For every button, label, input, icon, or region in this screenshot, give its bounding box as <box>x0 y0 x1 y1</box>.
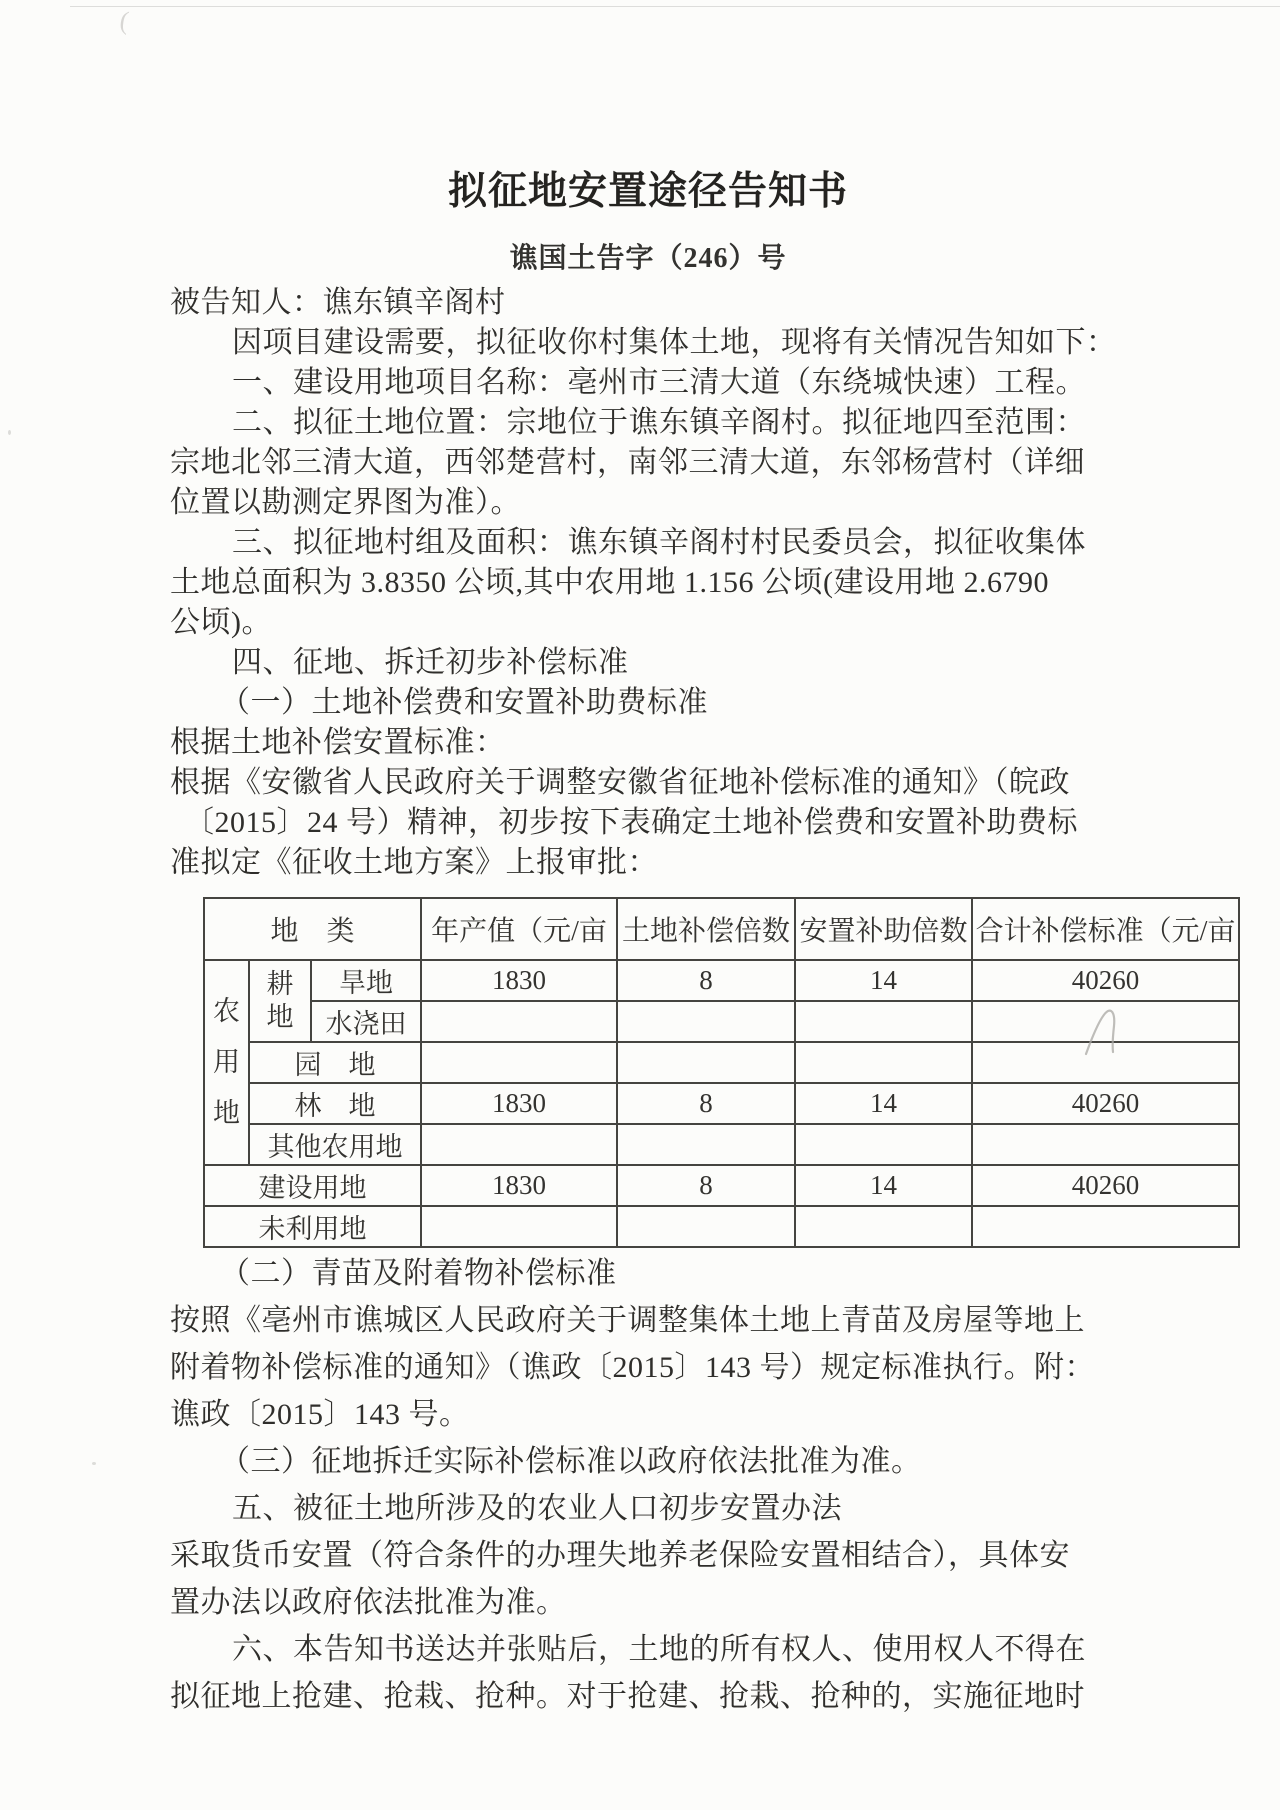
subgroup-label-cultivated: 耕地 <box>249 960 311 1042</box>
table-cell: 8 <box>617 1165 795 1206</box>
table-cell: 8 <box>617 960 795 1001</box>
item6-cont-line: 拟征地上抢建、抢栽、抢种。对于抢建、抢栽、抢种的，实施征地时 <box>170 1673 1130 1720</box>
row-label: 林 地 <box>249 1083 421 1124</box>
table-cell: 14 <box>795 960 972 1001</box>
item5-cont-line: 置办法以政府依法批准为准。 <box>170 1579 1130 1626</box>
header-land-class: 地 类 <box>204 898 421 960</box>
table-cell: 40260 <box>972 1083 1239 1124</box>
item3-cont-line: 公顷)。 <box>170 603 1110 643</box>
table-cell <box>795 1124 972 1165</box>
scan-speck <box>92 1462 96 1465</box>
table-cell: 40260 <box>972 1165 1239 1206</box>
table-cell: 40260 <box>972 960 1239 1001</box>
item5-line: 五、被征土地所涉及的农业人口初步安置办法 <box>170 1485 1130 1532</box>
notice-ref-cont-line: 准拟定《征收土地方案》上报审批： <box>170 843 1110 883</box>
document-number: 谯国土告字（246）号 <box>18 236 1278 276</box>
group-label-agricultural: 农用地 <box>204 960 249 1165</box>
table-cell: 1830 <box>421 1083 617 1124</box>
item5-cont-line: 采取货币安置（符合条件的办理失地养老保险安置相结合），具体安 <box>170 1532 1130 1579</box>
table-cell <box>421 1001 617 1042</box>
document-title: 拟征地安置途径告知书 <box>18 160 1278 216</box>
item1-line: 一、建设用地项目名称：亳州市三清大道（东绕城快速）工程。 <box>170 363 1110 403</box>
item2-line: 二、拟征土地位置：宗地位于谯东镇辛阁村。拟征地四至范围： <box>170 403 1110 443</box>
row-label: 建设用地 <box>204 1165 421 1206</box>
item4-2-cont-line: 附着物补偿标准的通知》（谯政〔2015〕143 号）规定标准执行。附： <box>170 1344 1130 1391</box>
item4-2-cont-line: 谯政〔2015〕143 号。 <box>170 1391 1130 1438</box>
item2-cont-line: 宗地北邻三清大道，西邻楚营村，南邻三清大道，东邻杨营村（详细 <box>170 443 1110 483</box>
table-cell <box>795 1042 972 1083</box>
item3-cont-line: 土地总面积为 3.8350 公顷,其中农用地 1.156 公顷(建设用地 2.6… <box>170 563 1110 603</box>
table-cell: 1830 <box>421 960 617 1001</box>
table-cell: 14 <box>795 1165 972 1206</box>
row-label: 旱地 <box>311 960 421 1001</box>
stray-pen-mark: ( <box>118 6 131 37</box>
table-cell: 14 <box>795 1083 972 1124</box>
header-total-standard: 合计补偿标准（元/亩 <box>972 898 1239 960</box>
notice-ref-cont-line: 〔2015〕24 号）精神，初步按下表确定土地补偿费和安置补助费标 <box>170 803 1110 843</box>
table-cell: 1830 <box>421 1165 617 1206</box>
item6-line: 六、本告知书送达并张贴后，土地的所有权人、使用权人不得在 <box>170 1626 1130 1673</box>
body-text-lower: （二）青苗及附着物补偿标准 按照《亳州市谯城区人民政府关于调整集体土地上青苗及房… <box>170 1250 1130 1720</box>
item2-cont-line: 位置以勘测定界图为准）。 <box>170 483 1110 523</box>
compensation-standards-table: 地 类 年产值（元/亩 土地补偿倍数 安置补助倍数 合计补偿标准（元/亩 农用地… <box>203 897 1240 1248</box>
handwritten-pen-mark <box>1082 1002 1130 1064</box>
table-cell <box>617 1001 795 1042</box>
table-cell <box>421 1206 617 1247</box>
notice-ref-line: 根据《安徽省人民政府关于调整安徽省征地补偿标准的通知》（皖政 <box>170 763 1110 803</box>
row-label: 园 地 <box>249 1042 421 1083</box>
item4-3-line: （三）征地拆迁实际补偿标准以政府依法批准为准。 <box>170 1438 1130 1485</box>
item4-line: 四、征地、拆迁初步补偿标准 <box>170 643 1110 683</box>
row-label: 未利用地 <box>204 1206 421 1247</box>
item4-2-cont-line: 按照《亳州市谯城区人民政府关于调整集体土地上青苗及房屋等地上 <box>170 1297 1130 1344</box>
table-cell: 8 <box>617 1083 795 1124</box>
table-cell <box>617 1206 795 1247</box>
item4-1-line: （一）土地补偿费和安置补助费标准 <box>170 683 1110 723</box>
header-annual-value: 年产值（元/亩 <box>421 898 617 960</box>
body-text-upper: 被告知人：谯东镇辛阁村 因项目建设需要，拟征收你村集体土地，现将有关情况告知如下… <box>170 283 1110 883</box>
notified-party-line: 被告知人：谯东镇辛阁村 <box>170 283 1110 323</box>
row-label: 其他农用地 <box>249 1124 421 1165</box>
table-cell <box>795 1206 972 1247</box>
header-resettle-multiple: 安置补助倍数 <box>795 898 972 960</box>
standard-intro-line: 根据土地补偿安置标准： <box>170 723 1110 763</box>
table-cell <box>421 1042 617 1083</box>
intro-line: 因项目建设需要，拟征收你村集体土地，现将有关情况告知如下： <box>170 323 1110 363</box>
scanned-document-page: ( 拟征地安置途径告知书 谯国土告字（246）号 被告知人：谯东镇辛阁村 因项目… <box>0 0 1280 1810</box>
table-cell <box>421 1124 617 1165</box>
table-cell <box>972 1124 1239 1165</box>
table-cell <box>972 1206 1239 1247</box>
item4-2-line: （二）青苗及附着物补偿标准 <box>170 1250 1130 1297</box>
table-cell <box>617 1042 795 1083</box>
table-cell <box>617 1124 795 1165</box>
item3-line: 三、拟征地村组及面积：谯东镇辛阁村村民委员会，拟征收集体 <box>170 523 1110 563</box>
table-cell <box>795 1001 972 1042</box>
header-land-multiple: 土地补偿倍数 <box>617 898 795 960</box>
scan-speck <box>8 430 11 435</box>
row-label: 水浇田 <box>311 1001 421 1042</box>
scan-edge-artifact <box>70 6 1280 7</box>
